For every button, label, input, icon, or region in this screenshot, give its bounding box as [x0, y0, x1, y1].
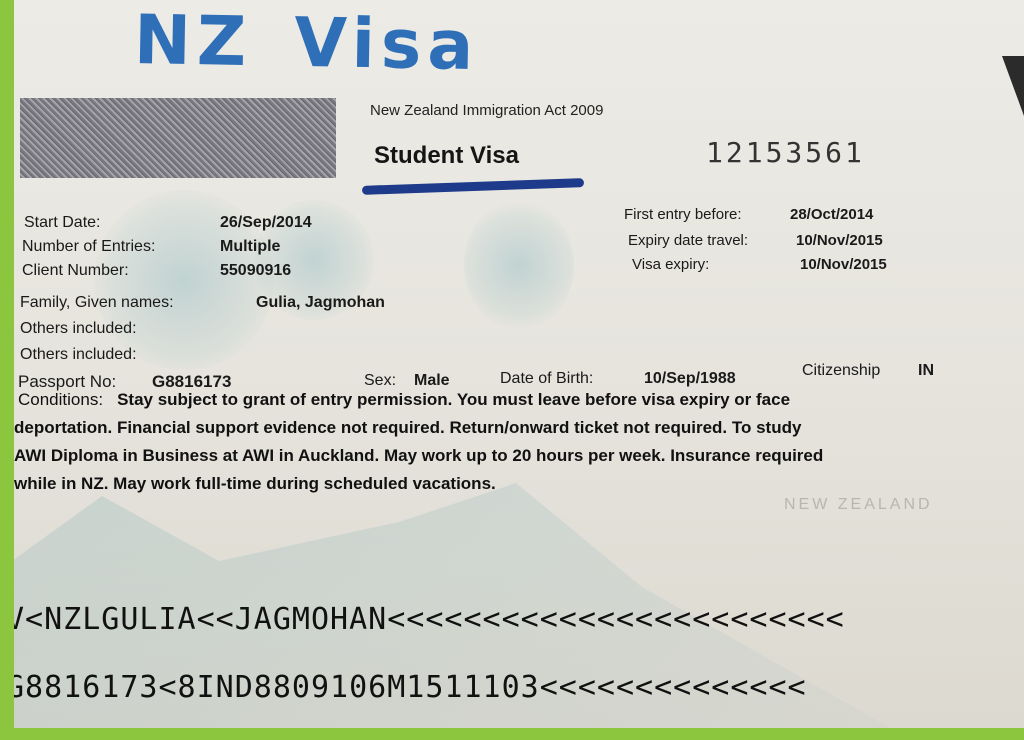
corner-shadow — [1002, 56, 1024, 116]
field-others-included-2: Others included: — [20, 346, 137, 364]
field-client-number: Client Number: 55090916 — [22, 262, 129, 280]
immigration-act: New Zealand Immigration Act 2009 — [370, 102, 603, 119]
field-citizenship: Citizenship IN — [802, 362, 880, 380]
field-expiry-date-travel: Expiry date travel: 10/Nov/2015 — [628, 232, 748, 249]
field-start-date: Start Date: 26/Sep/2014 — [24, 214, 100, 232]
visa-document: NZVisa New Zealand Immigration Act 2009 … — [14, 0, 1024, 728]
handwritten-visa: Visa — [294, 4, 480, 86]
visa-number: 12153561 — [706, 136, 865, 169]
mrz-line-2: G8816173<8IND8809106M1511103<<<<<<<<<<<<… — [14, 670, 807, 705]
watermark-seal — [464, 200, 574, 330]
field-others-included-1: Others included: — [20, 320, 137, 338]
redacted-photo-strip — [20, 98, 336, 178]
conditions-line: while in NZ. May work full-time during s… — [14, 470, 1024, 498]
conditions-block: Conditions:Stay subject to grant of entr… — [14, 386, 1024, 498]
field-first-entry-before: First entry before: 28/Oct/2014 — [624, 206, 742, 223]
handwritten-title: NZVisa — [133, 1, 480, 86]
mrz-line-1: V<NZLGULIA<<JAGMOHAN<<<<<<<<<<<<<<<<<<<<… — [14, 602, 845, 637]
field-visa-expiry: Visa expiry: 10/Nov/2015 — [632, 256, 709, 273]
conditions-label: Conditions: — [18, 390, 103, 409]
visa-type: Student Visa — [374, 142, 519, 170]
watermark-text: NEW ZEALAND — [784, 496, 933, 514]
conditions-line: AWI Diploma in Business at AWI in Auckla… — [14, 442, 1024, 470]
conditions-line: deportation. Financial support evidence … — [14, 414, 1024, 442]
handwritten-nz: NZ — [133, 1, 253, 82]
field-number-of-entries: Number of Entries: Multiple — [22, 238, 155, 256]
conditions-line: Conditions:Stay subject to grant of entr… — [14, 386, 1024, 414]
field-names: Family, Given names: Gulia, Jagmohan — [20, 294, 174, 312]
marker-underline — [362, 178, 584, 195]
